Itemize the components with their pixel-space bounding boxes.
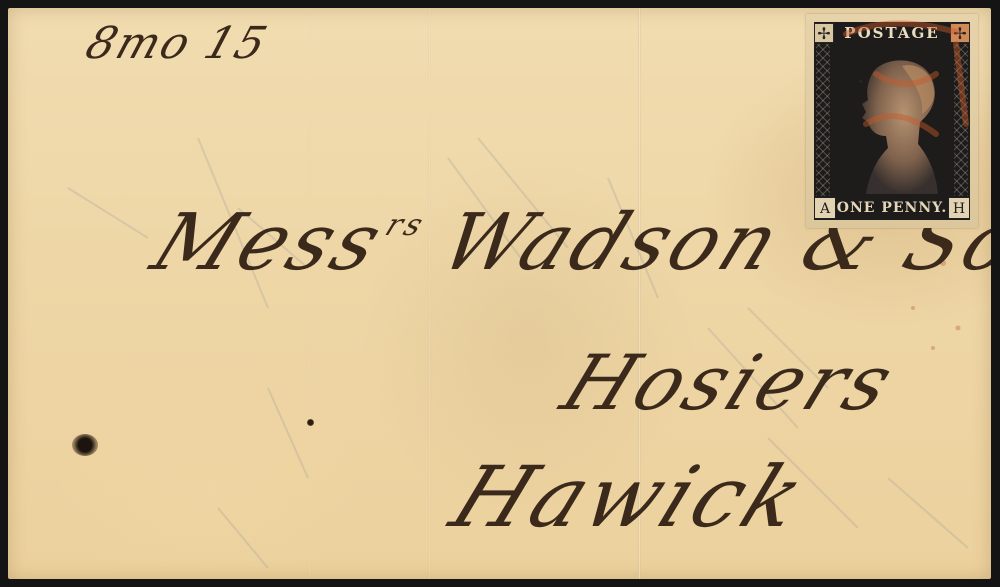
stamp-value-label: ONE PENNY. xyxy=(837,200,947,216)
stamp-postage-label: POSTAGE xyxy=(844,24,939,42)
stamp-top-panel: ✢ POSTAGE ✢ xyxy=(814,22,970,44)
star-corner-icon: ✢ xyxy=(950,23,970,43)
ink-spot xyxy=(307,419,314,426)
address-line-2: Hosiers xyxy=(550,338,910,427)
envelope-cover: 8mo 15 Messrs Wadson & Sons Hosiers Hawi… xyxy=(8,8,991,579)
penny-black-stamp: ✢ POSTAGE ✢ A xyxy=(806,14,978,228)
check-letter-right: H xyxy=(948,197,970,219)
stamp-lace-border-left xyxy=(816,44,830,196)
stamp-lace-border-right xyxy=(954,44,968,196)
queen-victoria-portrait xyxy=(832,44,952,204)
address-line-3: Hawick xyxy=(438,448,822,546)
address-salutation: Mess xyxy=(140,198,398,288)
star-corner-icon: ✢ xyxy=(814,23,834,43)
check-letter-left: A xyxy=(814,197,836,219)
stamp-design: ✢ POSTAGE ✢ A xyxy=(814,22,970,220)
docket-date-note: 8mo 15 xyxy=(80,18,275,69)
ink-stain xyxy=(72,434,98,456)
photo-frame: 8mo 15 Messrs Wadson & Sons Hosiers Hawi… xyxy=(0,0,1000,587)
stamp-value-panel: A ONE PENNY. H xyxy=(814,196,970,220)
